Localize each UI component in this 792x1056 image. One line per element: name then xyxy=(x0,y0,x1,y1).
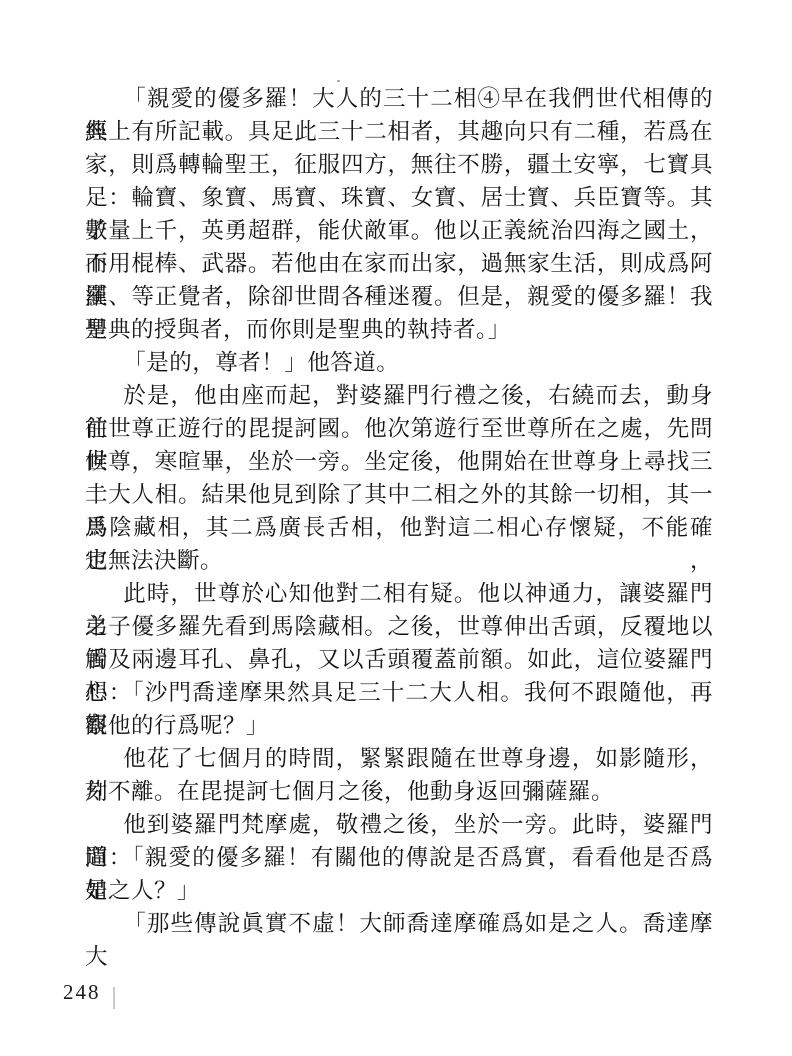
text-line: 道：「親愛的優多羅！有關他的傳說是否爲實，看看他是否爲如 xyxy=(85,841,713,874)
text-line: 是之人？」 xyxy=(85,874,713,907)
text-line: 此時，世尊於心知他對二相有疑。他以神通力，讓婆羅門之 xyxy=(85,577,713,610)
text-line: 觸及兩邊耳孔、鼻孔，又以舌頭覆蓋前額。如此，這位婆羅門心 xyxy=(85,643,713,676)
text-line: 刻不離。在毘提訶七個月之後，他動身返回彌薩羅。 xyxy=(85,775,713,808)
text-line: 數量上千，英勇超群，能伏敵軍。他以正義統治四海之國土，而 xyxy=(85,214,713,247)
text-line: 往世尊正遊行的毘提訶國。他次第遊行至世尊所在之處，先問候 xyxy=(85,412,713,445)
text-line: 他花了七個月的時間，緊緊跟隨在世尊身邊，如影隨形，片 xyxy=(85,742,713,775)
text-line: 聖典的授與者，而你則是聖典的執持者。」 xyxy=(85,313,713,346)
text-line: 想：「沙門喬達摩果然具足三十二大人相。我何不跟隨他，再觀 xyxy=(85,676,713,709)
text-line: 「親愛的優多羅！大人的三十二相④早在我們世代相傳的經 xyxy=(85,82,713,115)
text-line: 察他的行爲呢？」 xyxy=(85,709,713,742)
page-text: 「親愛的優多羅！大人的三十二相④早在我們世代相傳的經典上有所記載。具足此三十二相… xyxy=(85,82,713,940)
text-line: 於是，他由座而起，對婆羅門行禮之後，右繞而去，動身前 xyxy=(85,379,713,412)
text-line: 馬陰藏相，其二爲廣長舌相，他對這二相心存懷疑，不能確定， xyxy=(85,511,713,544)
text-line: 世尊，寒暄畢，坐於一旁。坐定後，他開始在世尊身上尋找三十 xyxy=(85,445,713,478)
text-line: 典上有所記載。具足此三十二相者，其趣向只有二種，若爲在 xyxy=(85,115,713,148)
text-line: 足：輪寶、象寶、馬寶、珠寶、女寶、居士寶、兵臣寶等。其子 xyxy=(85,181,713,214)
text-line: 弟子優多羅先看到馬陰藏相。之後，世尊伸出舌頭，反覆地以舌 xyxy=(85,610,713,643)
text-line: 漢、等正覺者，除卻世間各種迷覆。但是，親愛的優多羅！我是 xyxy=(85,280,713,313)
text-line: 二大人相。結果他見到除了其中二相之外的其餘一切相，其一爲 xyxy=(85,478,713,511)
text-line: 家，則爲轉輪聖王，征服四方，無往不勝，疆土安寧，七寶具 xyxy=(85,148,713,181)
text-line: 不用棍棒、武器。若他由在家而出家，過無家生活，則成爲阿羅 xyxy=(85,247,713,280)
text-line: 「那些傳說眞實不虛！大師喬達摩確爲如是之人。喬達摩大 xyxy=(85,907,713,940)
text-line: 他到婆羅門梵摩處，敬禮之後，坐於一旁。此時，婆羅門問 xyxy=(85,808,713,841)
book-page: 「親愛的優多羅！大人的三十二相④早在我們世代相傳的經典上有所記載。具足此三十二相… xyxy=(0,0,792,1056)
page-edge-mark xyxy=(113,987,115,1009)
text-line: 「是的，尊者！」他答道。 xyxy=(85,346,713,379)
page-number: 248 xyxy=(63,980,101,1005)
